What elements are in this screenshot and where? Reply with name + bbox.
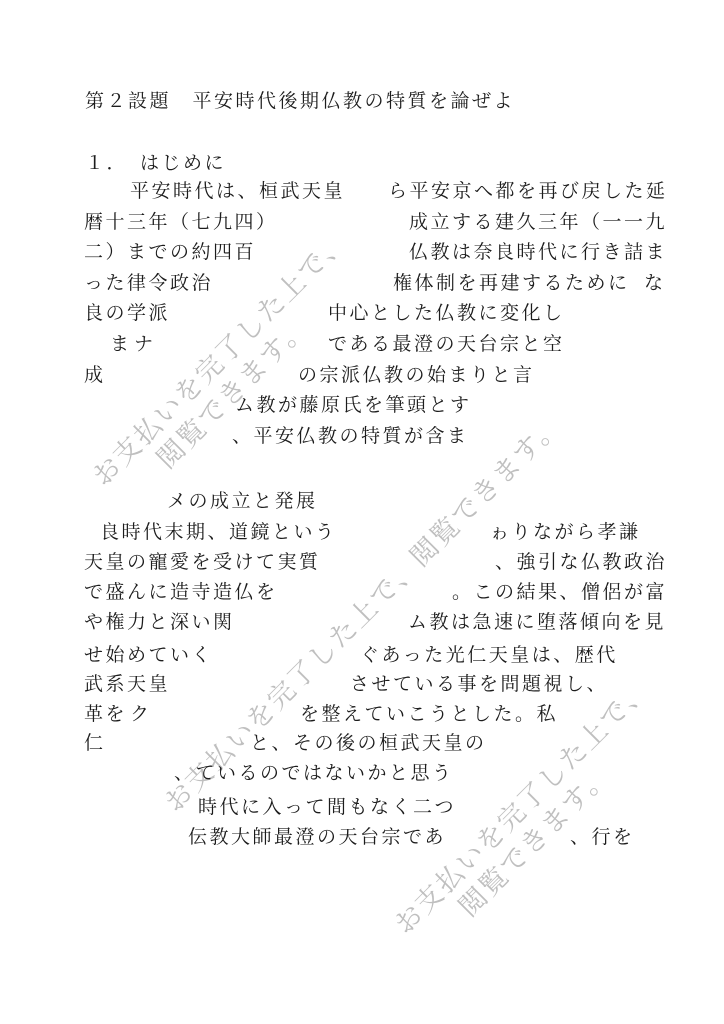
text-line-segment: の宗派仏教の始まりと言: [298, 364, 535, 386]
section-2-heading: メの成立と発展: [167, 490, 318, 512]
text-line-segment: 仁: [84, 732, 106, 754]
text-line-segment: 良時代末期、道鏡という: [100, 521, 337, 543]
text-line-segment: ま: [110, 333, 132, 355]
text-line-segment: である最澄の天台宗と空: [328, 333, 565, 355]
text-line-segment: ク: [130, 703, 152, 725]
text-line-segment: 、ているのではないかと思う: [174, 762, 454, 784]
text-line-segment: 権体制を再建するために: [393, 272, 630, 294]
text-line-segment: 天皇の寵愛を受けて実質: [84, 551, 321, 573]
text-line-segment: を整えていこうとした。私: [300, 703, 558, 725]
text-line-segment: 伝教大師最澄の天台宗であ: [188, 826, 446, 848]
text-line-segment: で盛んに造寺造仏を: [84, 581, 278, 603]
text-line-segment: 中心とした仏教に変化し: [328, 302, 565, 324]
text-line-segment: 平安時代は、桓武天皇: [130, 180, 345, 202]
text-line-segment: 成: [84, 364, 106, 386]
page-title: 第２設題 平安時代後期仏教の特質を論ぜよ: [85, 90, 515, 112]
text-line-segment: ム教が藤原氏を筆頭とす: [235, 394, 472, 416]
text-line-segment: 、行を: [570, 826, 635, 848]
section-1-heading: １． はじめに: [85, 152, 226, 174]
text-line-segment: 武系天皇: [84, 673, 170, 695]
text-line-segment: 。この結果、僧侶が富: [452, 581, 667, 603]
text-line-segment: や権力と深い関: [84, 611, 235, 633]
text-line-segment: 革を: [84, 703, 127, 725]
text-line-segment: ム教は急速に堕落傾向を見: [408, 611, 666, 633]
text-line-segment: った律令政治: [84, 272, 213, 294]
text-line-segment: せ始めていく: [84, 644, 213, 666]
text-line-segment: 時代に入って間もなく二つ: [198, 796, 456, 818]
document-text-layer: 第２設題 平安時代後期仏教の特質を論ぜよ１． はじめに平安時代は、桓武天皇ら平安…: [0, 0, 724, 1024]
text-line-segment: ゎりながら孝謙: [490, 521, 641, 543]
text-line-segment: 、平安仏教の特質が含ま: [232, 425, 469, 447]
document-page: お支払いを完了した上で、閲覧できます。お支払いを完了した上で、閲覧できます。お支…: [0, 0, 724, 1024]
text-line-segment: ナ: [134, 333, 156, 355]
text-line-segment: 二）までの約四百: [84, 241, 256, 263]
text-line-segment: 成立する建久三年（一一九: [409, 211, 667, 233]
text-line-segment: ぐあった光仁天皇は、歴代: [360, 644, 618, 666]
text-line-segment: 良の学派: [84, 302, 170, 324]
text-line-segment: 、強引な仏教政治: [495, 551, 667, 573]
text-line-segment: な: [644, 272, 666, 294]
text-line-segment: 仏教は奈良時代に行き詰ま: [409, 241, 667, 263]
text-line-segment: させている事を問題視し、: [350, 673, 608, 695]
text-line-segment: ら平安京へ都を再び戻した延: [388, 180, 668, 202]
text-line-segment: と、その後の桓武天皇の: [250, 732, 487, 754]
text-line-segment: 暦十三年（七九四）: [84, 211, 278, 233]
